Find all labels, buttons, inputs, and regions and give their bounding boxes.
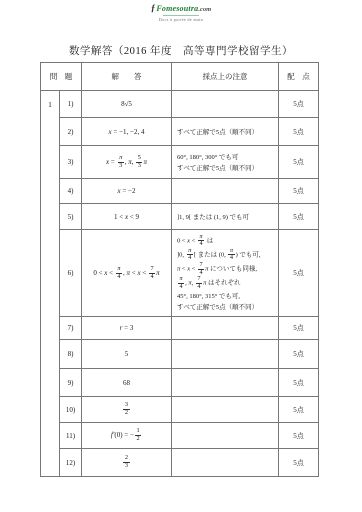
table-row: 12)235点 bbox=[41, 449, 319, 477]
notes-cell bbox=[172, 449, 279, 477]
notes-cell bbox=[172, 91, 279, 118]
points-cell: 5点 bbox=[279, 397, 319, 423]
note-line: ]0, π4[ または (0, π4) でも可, bbox=[177, 248, 273, 262]
fraction: π4 bbox=[228, 248, 234, 262]
points-cell: 5点 bbox=[279, 179, 319, 204]
notes-cell: 60°, 180°, 300° でも可すべて正解で5点（順不同） bbox=[172, 146, 279, 179]
answer-cell: f′(0) = −12 bbox=[82, 423, 172, 449]
points-cell: 5点 bbox=[279, 204, 319, 230]
header-row: 問 題 解 答 採点上の注意 配 点 bbox=[41, 63, 319, 91]
fraction: 74 bbox=[149, 266, 155, 280]
logo-underline bbox=[163, 15, 199, 16]
answer-cell: 8√5 bbox=[82, 91, 172, 118]
col-header-notes: 採点上の注意 bbox=[172, 63, 279, 91]
sub-number-cell: 10) bbox=[60, 397, 82, 423]
answer-cell: 1 < x < 9 bbox=[82, 204, 172, 230]
table-row: 3)x = π3, π, 53π60°, 180°, 300° でも可すべて正解… bbox=[41, 146, 319, 179]
answer-cell: 23 bbox=[82, 449, 172, 477]
notes-cell: ]1, 9[ または (1, 9) でも可 bbox=[172, 204, 279, 230]
fraction: 53 bbox=[136, 155, 142, 169]
sub-number-cell: 11) bbox=[60, 423, 82, 449]
points-cell: 5点 bbox=[279, 118, 319, 146]
table-body: 11)8√55点2)x = −1, −2, 4すべて正解で5点（順不同）5点3)… bbox=[41, 91, 319, 477]
note-line: π < x < 74π についても同様, bbox=[177, 262, 273, 276]
fraction: 23 bbox=[123, 455, 129, 469]
sub-number-cell: 9) bbox=[60, 369, 82, 397]
notes-cell bbox=[172, 179, 279, 204]
table-row: 9)685点 bbox=[41, 369, 319, 397]
points-cell: 5点 bbox=[279, 340, 319, 369]
sub-number-cell: 5) bbox=[60, 204, 82, 230]
note-line: すべて正解で5点（順不同） bbox=[177, 126, 273, 137]
logo: ƒFomesoutra.com Docs à portée de main bbox=[0, 4, 362, 22]
answer-cell: 0 < x < π4, π < x < 74π bbox=[82, 230, 172, 317]
points-cell: 5点 bbox=[279, 317, 319, 340]
fraction: π4 bbox=[178, 276, 184, 290]
notes-cell bbox=[172, 369, 279, 397]
logo-name: Fomesoutra bbox=[156, 4, 198, 13]
table-row: 2)x = −1, −2, 4すべて正解で5点（順不同）5点 bbox=[41, 118, 319, 146]
answer-cell: x = −1, −2, 4 bbox=[82, 118, 172, 146]
logo-f-icon: ƒ bbox=[151, 3, 156, 13]
points-cell: 5点 bbox=[279, 449, 319, 477]
page-title: 数学解答（2016 年度 高等専門学校留学生） bbox=[0, 43, 362, 58]
sub-number-cell: 6) bbox=[60, 230, 82, 317]
answer-cell: r = 3 bbox=[82, 317, 172, 340]
col-header-points: 配 点 bbox=[279, 63, 319, 91]
note-line: ]1, 9[ または (1, 9) でも可 bbox=[177, 211, 273, 222]
sub-number-cell: 4) bbox=[60, 179, 82, 204]
note-line: π4, π, 74π はそれぞれ bbox=[177, 276, 273, 290]
points-cell: 5点 bbox=[279, 230, 319, 317]
problem-number-cell: 1 bbox=[41, 91, 60, 477]
points-cell: 5点 bbox=[279, 146, 319, 179]
points-cell: 5点 bbox=[279, 369, 319, 397]
notes-cell bbox=[172, 423, 279, 449]
logo-wordmark: ƒFomesoutra.com bbox=[0, 4, 362, 14]
note-line: 45°, 180°, 315° でも可, bbox=[177, 290, 273, 301]
note-line: すべて正解で5点（順不同） bbox=[177, 162, 273, 173]
fraction: π4 bbox=[116, 266, 122, 280]
points-cell: 5点 bbox=[279, 423, 319, 449]
fraction: 74 bbox=[196, 276, 202, 290]
note-line: 60°, 180°, 300° でも可 bbox=[177, 151, 273, 162]
note-line: 0 < x < π4 は bbox=[177, 234, 273, 248]
answer-cell: x = π3, π, 53π bbox=[82, 146, 172, 179]
sub-number-cell: 3) bbox=[60, 146, 82, 179]
col-header-problem: 問 題 bbox=[41, 63, 82, 91]
answer-table: 問 題 解 答 採点上の注意 配 点 11)8√55点2)x = −1, −2,… bbox=[40, 62, 319, 477]
note-line: すべて正解で5点（順不同） bbox=[177, 301, 273, 312]
fraction: π4 bbox=[198, 234, 204, 248]
answer-cell: 5 bbox=[82, 340, 172, 369]
table-row: 11)8√55点 bbox=[41, 91, 319, 118]
fraction: 12 bbox=[135, 428, 141, 442]
logo-tld: .com bbox=[198, 6, 211, 13]
logo-tagline: Docs à portée de main bbox=[0, 18, 362, 22]
table-row: 8)55点 bbox=[41, 340, 319, 369]
notes-cell: すべて正解で5点（順不同） bbox=[172, 118, 279, 146]
notes-cell bbox=[172, 317, 279, 340]
table-row: 4)x = −25点 bbox=[41, 179, 319, 204]
table-row: 6)0 < x < π4, π < x < 74π0 < x < π4 は]0,… bbox=[41, 230, 319, 317]
sub-number-cell: 1) bbox=[60, 91, 82, 118]
answer-cell: x = −2 bbox=[82, 179, 172, 204]
sub-number-cell: 12) bbox=[60, 449, 82, 477]
notes-cell bbox=[172, 397, 279, 423]
fraction: 74 bbox=[198, 262, 204, 276]
points-cell: 5点 bbox=[279, 91, 319, 118]
answer-cell: 68 bbox=[82, 369, 172, 397]
table-row: 10)325点 bbox=[41, 397, 319, 423]
table-row: 11)f′(0) = −125点 bbox=[41, 423, 319, 449]
fraction: π4 bbox=[187, 248, 193, 262]
table-row: 5)1 < x < 9]1, 9[ または (1, 9) でも可5点 bbox=[41, 204, 319, 230]
answer-cell: 32 bbox=[82, 397, 172, 423]
fraction: π3 bbox=[118, 155, 124, 169]
notes-cell bbox=[172, 340, 279, 369]
sub-number-cell: 7) bbox=[60, 317, 82, 340]
fraction: 32 bbox=[123, 402, 129, 416]
page: ƒFomesoutra.com Docs à portée de main 数学… bbox=[0, 0, 362, 512]
sub-number-cell: 2) bbox=[60, 118, 82, 146]
col-header-answer: 解 答 bbox=[82, 63, 172, 91]
notes-cell: 0 < x < π4 は]0, π4[ または (0, π4) でも可,π < … bbox=[172, 230, 279, 317]
sub-number-cell: 8) bbox=[60, 340, 82, 369]
table-row: 7)r = 35点 bbox=[41, 317, 319, 340]
